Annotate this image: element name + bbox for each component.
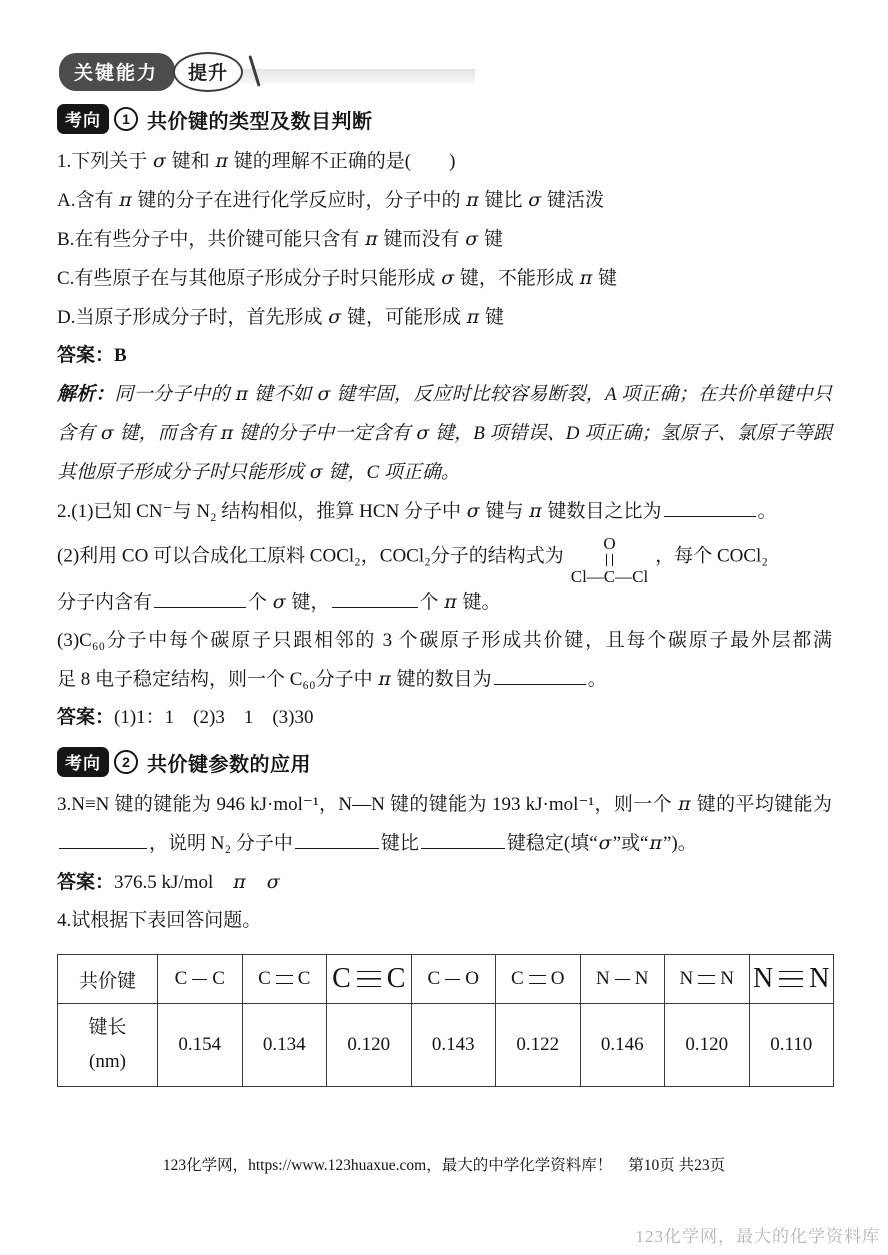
text-run: (1)1：1 (2)3 1 (3)30 — [114, 707, 313, 728]
single-bond-icon — [615, 979, 630, 980]
greek-letter: σ — [527, 189, 542, 211]
bond-formula: NN — [596, 968, 648, 990]
text-run: 个 — [420, 592, 444, 613]
text-run: 1.下列关于 — [57, 151, 152, 172]
page-footer: 123化学网，https://www.123huaxue.com，最大的中学化学… — [0, 1153, 888, 1175]
text-run: ”)。 — [663, 833, 697, 854]
text-run: D.当原子形成分子时，首先形成 — [57, 307, 327, 328]
paragraph: (3)C₆₀分子中每个碳原子只跟相邻的 3 个碳原子形成共价键，且每个碳原子最外… — [57, 622, 832, 660]
atom-symbol: C — [258, 968, 271, 990]
bond-header-cell: NN — [749, 955, 834, 1004]
bond-header-cell: CC — [327, 955, 412, 1004]
greek-letter: π — [579, 267, 594, 289]
text-run: 键，可能形成 — [342, 307, 466, 328]
text-run: 键的理解不正确的是( ) — [229, 151, 455, 172]
bond-length-cell: 0.110 — [749, 1004, 834, 1087]
answer-blank — [59, 829, 147, 849]
text-run: 足 8 电子稳定结构，则一个 C₆₀分子中 — [57, 669, 377, 690]
greek-letter: σ — [440, 267, 455, 289]
bond-formula: NN — [753, 963, 829, 995]
footer-site-text: 123化学网，https://www.123huaxue.com，最大的中学化学… — [163, 1157, 612, 1174]
greek-letter: π — [443, 591, 458, 613]
greek-letter: σ — [266, 871, 281, 893]
double-bond-icon — [698, 975, 715, 984]
bond-length-cell: 0.122 — [496, 1004, 581, 1087]
paragraph: B.在有些分子中，共价键可能只含有 π 键而没有 σ 键 — [57, 220, 832, 259]
text-run: 键， — [287, 592, 330, 613]
bond-formula: NN — [680, 968, 734, 990]
section-title: 共价键参数的应用 — [147, 748, 311, 777]
atom-symbol: N — [809, 963, 829, 995]
single-bond-icon — [192, 979, 207, 980]
atom-symbol: C — [511, 968, 524, 990]
paragraph: 1.下列关于 σ 键和 π 键的理解不正确的是( ) — [57, 142, 832, 181]
table-header-covalent-bond: 共价键 — [58, 955, 158, 1004]
paragraph: 答案：B — [57, 337, 832, 375]
bond-header-cell: CC — [242, 955, 327, 1004]
text-run — [247, 872, 266, 893]
text-run: 键比 — [480, 190, 528, 211]
structure-oxygen-atom: O — [603, 534, 615, 553]
bond-formula: CC — [332, 963, 405, 995]
text-run: 键活泼 — [542, 190, 604, 211]
text-run: 键的数目为 — [392, 669, 492, 690]
section-heading: 考向2共价键参数的应用 — [57, 747, 832, 777]
atom-symbol: C — [332, 963, 351, 995]
cocl2-structure-formula: OCl—C—Cl — [571, 534, 648, 586]
triple-bond-icon — [779, 971, 803, 987]
greek-letter: π — [528, 500, 543, 522]
greek-letter: σ — [327, 306, 342, 328]
answer-blank — [332, 588, 418, 608]
greek-letter: σ — [598, 832, 613, 854]
capability-banner: 关键能力 提升 — [57, 52, 832, 94]
text-run: 2.(1)已知 CN⁻与 N₂ 结构相似，推算 HCN 分子中 — [57, 501, 466, 522]
greek-letter: σ — [309, 461, 324, 483]
greek-letter: π — [220, 422, 235, 444]
atom-symbol: C — [298, 968, 311, 990]
section-title: 共价键的类型及数目判断 — [147, 105, 373, 134]
text-run: (3)C₆₀分子中每个碳原子只跟相邻的 3 个碳原子形成共价键，且每个碳原子最外… — [57, 630, 832, 651]
bond-length-cell: 0.120 — [665, 1004, 750, 1087]
paragraph: (2)利用 CO 可以合成化工原料 COCl₂，COCl₂分子的结构式为OCl—… — [57, 531, 832, 583]
greek-letter: σ — [317, 383, 332, 405]
double-bond-icon — [606, 554, 613, 566]
atom-symbol: N — [680, 968, 694, 990]
bond-header-cell: NN — [580, 955, 665, 1004]
text-run: 键。 — [458, 592, 501, 613]
text-run: 键，C 项正确。 — [324, 462, 460, 483]
double-bond-icon — [529, 975, 546, 984]
text-run: 键，不能形成 — [455, 268, 579, 289]
text-run: B.在有些分子中，共价键可能只含有 — [57, 229, 364, 250]
bond-header-cell: CC — [158, 955, 243, 1004]
atom-symbol: O — [465, 968, 479, 990]
text-run: A.含有 — [57, 190, 118, 211]
text-run: B — [114, 345, 127, 366]
row-label-line2: (nm) — [58, 1045, 157, 1079]
greek-letter: π — [215, 150, 230, 172]
atom-symbol: N — [596, 968, 610, 990]
text-run: 分子内含有 — [57, 592, 152, 613]
text-run: 键 — [480, 307, 504, 328]
text-run: 键稳定(填“ — [507, 833, 598, 854]
bond-formula: CC — [258, 968, 310, 990]
text-run: 同一分子中的 — [115, 384, 235, 405]
greek-letter: σ — [100, 422, 115, 444]
text-run: 键的分子中一定含有 — [234, 423, 415, 444]
watermark: 123化学网，最大的化学资料库 — [636, 1222, 881, 1247]
text-run: 3.N≡N 键的键能为 946 kJ·mol⁻¹，N—N 键的键能为 193 k… — [57, 794, 677, 815]
greek-letter: π — [377, 668, 392, 690]
kaoxiang-badge: 考向 — [57, 747, 109, 777]
text-run: ”或“ — [613, 833, 649, 854]
text-run: 键，而含有 — [115, 423, 220, 444]
greek-letter: π — [677, 793, 692, 815]
text-run: 键与 — [481, 501, 529, 522]
text-run: 。 — [588, 669, 607, 690]
bond-header-cell: CO — [496, 955, 581, 1004]
paragraph: 答案：376.5 kJ/mol π σ — [57, 863, 832, 902]
paragraph: C.有些原子在与其他原子形成分子时只能形成 σ 键，不能形成 π 键 — [57, 259, 832, 298]
triple-bond-icon — [357, 971, 381, 987]
greek-letter: π — [364, 228, 379, 250]
paragraph: 分子内含有个 σ 键，个 π 键。 — [57, 583, 832, 622]
bond-formula: CC — [175, 968, 225, 990]
content-blocks: 考向1共价键的类型及数目判断1.下列关于 σ 键和 π 键的理解不正确的是( )… — [57, 104, 832, 940]
atom-symbol: N — [635, 968, 649, 990]
answer-blank — [154, 588, 246, 608]
footer-page-number: 第10页 共23页 — [628, 1157, 725, 1174]
double-bond-icon — [276, 975, 293, 984]
kaoxiang-number: 1 — [114, 107, 138, 131]
text-run: 键和 — [167, 151, 215, 172]
single-bond-icon — [445, 979, 460, 980]
bond-table-container: 共价键CCCCCCCOCONNNNNN键长(nm)0.1540.1340.120… — [57, 954, 832, 1087]
text-run: 。 — [758, 501, 777, 522]
bond-length-table: 共价键CCCCCCCOCONNNNNN键长(nm)0.1540.1340.120… — [57, 954, 834, 1087]
paragraph: 解析：同一分子中的 π 键不如 σ 键牢固，反应时比较容易断裂，A 项正确；在共… — [57, 375, 832, 492]
answer-label: 答案： — [57, 872, 114, 893]
text-run: 376.5 kJ/mol — [114, 872, 232, 893]
paragraph: 3.N≡N 键的键能为 946 kJ·mol⁻¹，N—N 键的键能为 193 k… — [57, 785, 832, 863]
answer-label: 答案： — [57, 345, 114, 366]
greek-letter: σ — [272, 591, 287, 613]
text-run: (2)利用 CO 可以合成化工原料 COCl₂，COCl₂分子的结构式为 — [57, 545, 564, 566]
answer-blank — [494, 665, 586, 685]
document-page: 关键能力 提升 考向1共价键的类型及数目判断1.下列关于 σ 键和 π 键的理解… — [0, 0, 888, 1087]
banner-badge-left: 关键能力 — [59, 53, 175, 91]
bond-length-cell: 0.134 — [242, 1004, 327, 1087]
section-heading: 考向1共价键的类型及数目判断 — [57, 104, 832, 134]
bond-length-cell: 0.120 — [327, 1004, 412, 1087]
atom-symbol: C — [428, 968, 441, 990]
atom-symbol: C — [175, 968, 188, 990]
text-run: 4.试根据下表回答问题。 — [57, 910, 261, 931]
bond-length-cell: 0.146 — [580, 1004, 665, 1087]
banner-badge-right: 提升 — [173, 52, 243, 92]
bond-header-cell: CO — [411, 955, 496, 1004]
atom-symbol: N — [753, 963, 773, 995]
atom-symbol: O — [551, 968, 565, 990]
greek-letter: π — [118, 189, 133, 211]
answer-blank — [421, 829, 505, 849]
text-run: 个 — [248, 592, 272, 613]
bond-formula: CO — [511, 968, 564, 990]
paragraph: A.含有 π 键的分子在进行化学反应时，分子中的 π 键比 σ 键活泼 — [57, 181, 832, 220]
paragraph: 2.(1)已知 CN⁻与 N₂ 结构相似，推算 HCN 分子中 σ 键与 π 键… — [57, 492, 832, 531]
atom-symbol: C — [387, 963, 406, 995]
text-run: 键 — [479, 229, 503, 250]
greek-letter: σ — [152, 150, 167, 172]
answer-label: 答案： — [57, 707, 114, 728]
paragraph: 答案：(1)1：1 (2)3 1 (3)30 — [57, 699, 832, 737]
greek-letter: π — [465, 189, 480, 211]
paragraph: 4.试根据下表回答问题。 — [57, 902, 832, 940]
text-run: 键 — [593, 268, 617, 289]
text-run: 键而没有 — [379, 229, 465, 250]
greek-letter: π — [232, 871, 247, 893]
atom-symbol: N — [720, 968, 734, 990]
structure-cl-c-cl: Cl—C—Cl — [571, 567, 648, 586]
kaoxiang-number: 2 — [114, 750, 138, 774]
bond-header-cell: NN — [665, 955, 750, 1004]
row-label-line1: 键长 — [58, 1011, 157, 1045]
greek-letter: σ — [466, 500, 481, 522]
greek-letter: σ — [415, 422, 430, 444]
text-run: 键不如 — [249, 384, 316, 405]
bond-length-cell: 0.154 — [158, 1004, 243, 1087]
table-row-label-bond-length: 键长(nm) — [58, 1004, 158, 1087]
text-run: 键数目之比为 — [543, 501, 662, 522]
kaoxiang-badge: 考向 — [57, 104, 109, 134]
text-run: 键的平均键能为 — [692, 794, 832, 815]
answer-blank — [295, 829, 379, 849]
paragraph: 足 8 电子稳定结构，则一个 C₆₀分子中 π 键的数目为。 — [57, 660, 832, 699]
bond-length-cell: 0.143 — [411, 1004, 496, 1087]
text-run: ，每个 COCl₂ — [655, 545, 768, 566]
greek-letter: π — [466, 306, 481, 328]
answer-label: 解析： — [57, 384, 115, 405]
text-run: 键的分子在进行化学反应时，分子中的 — [133, 190, 466, 211]
answer-blank — [664, 497, 756, 517]
greek-letter: π — [649, 832, 664, 854]
text-run: C.有些原子在与其他原子形成分子时只能形成 — [57, 268, 440, 289]
text-run: 键比 — [381, 833, 419, 854]
bond-formula: CO — [428, 968, 479, 990]
atom-symbol: C — [212, 968, 225, 990]
greek-letter: π — [235, 383, 250, 405]
greek-letter: σ — [464, 228, 479, 250]
text-run: ，说明 N₂ 分子中 — [149, 833, 293, 854]
paragraph: D.当原子形成分子时，首先形成 σ 键，可能形成 π 键 — [57, 298, 832, 337]
